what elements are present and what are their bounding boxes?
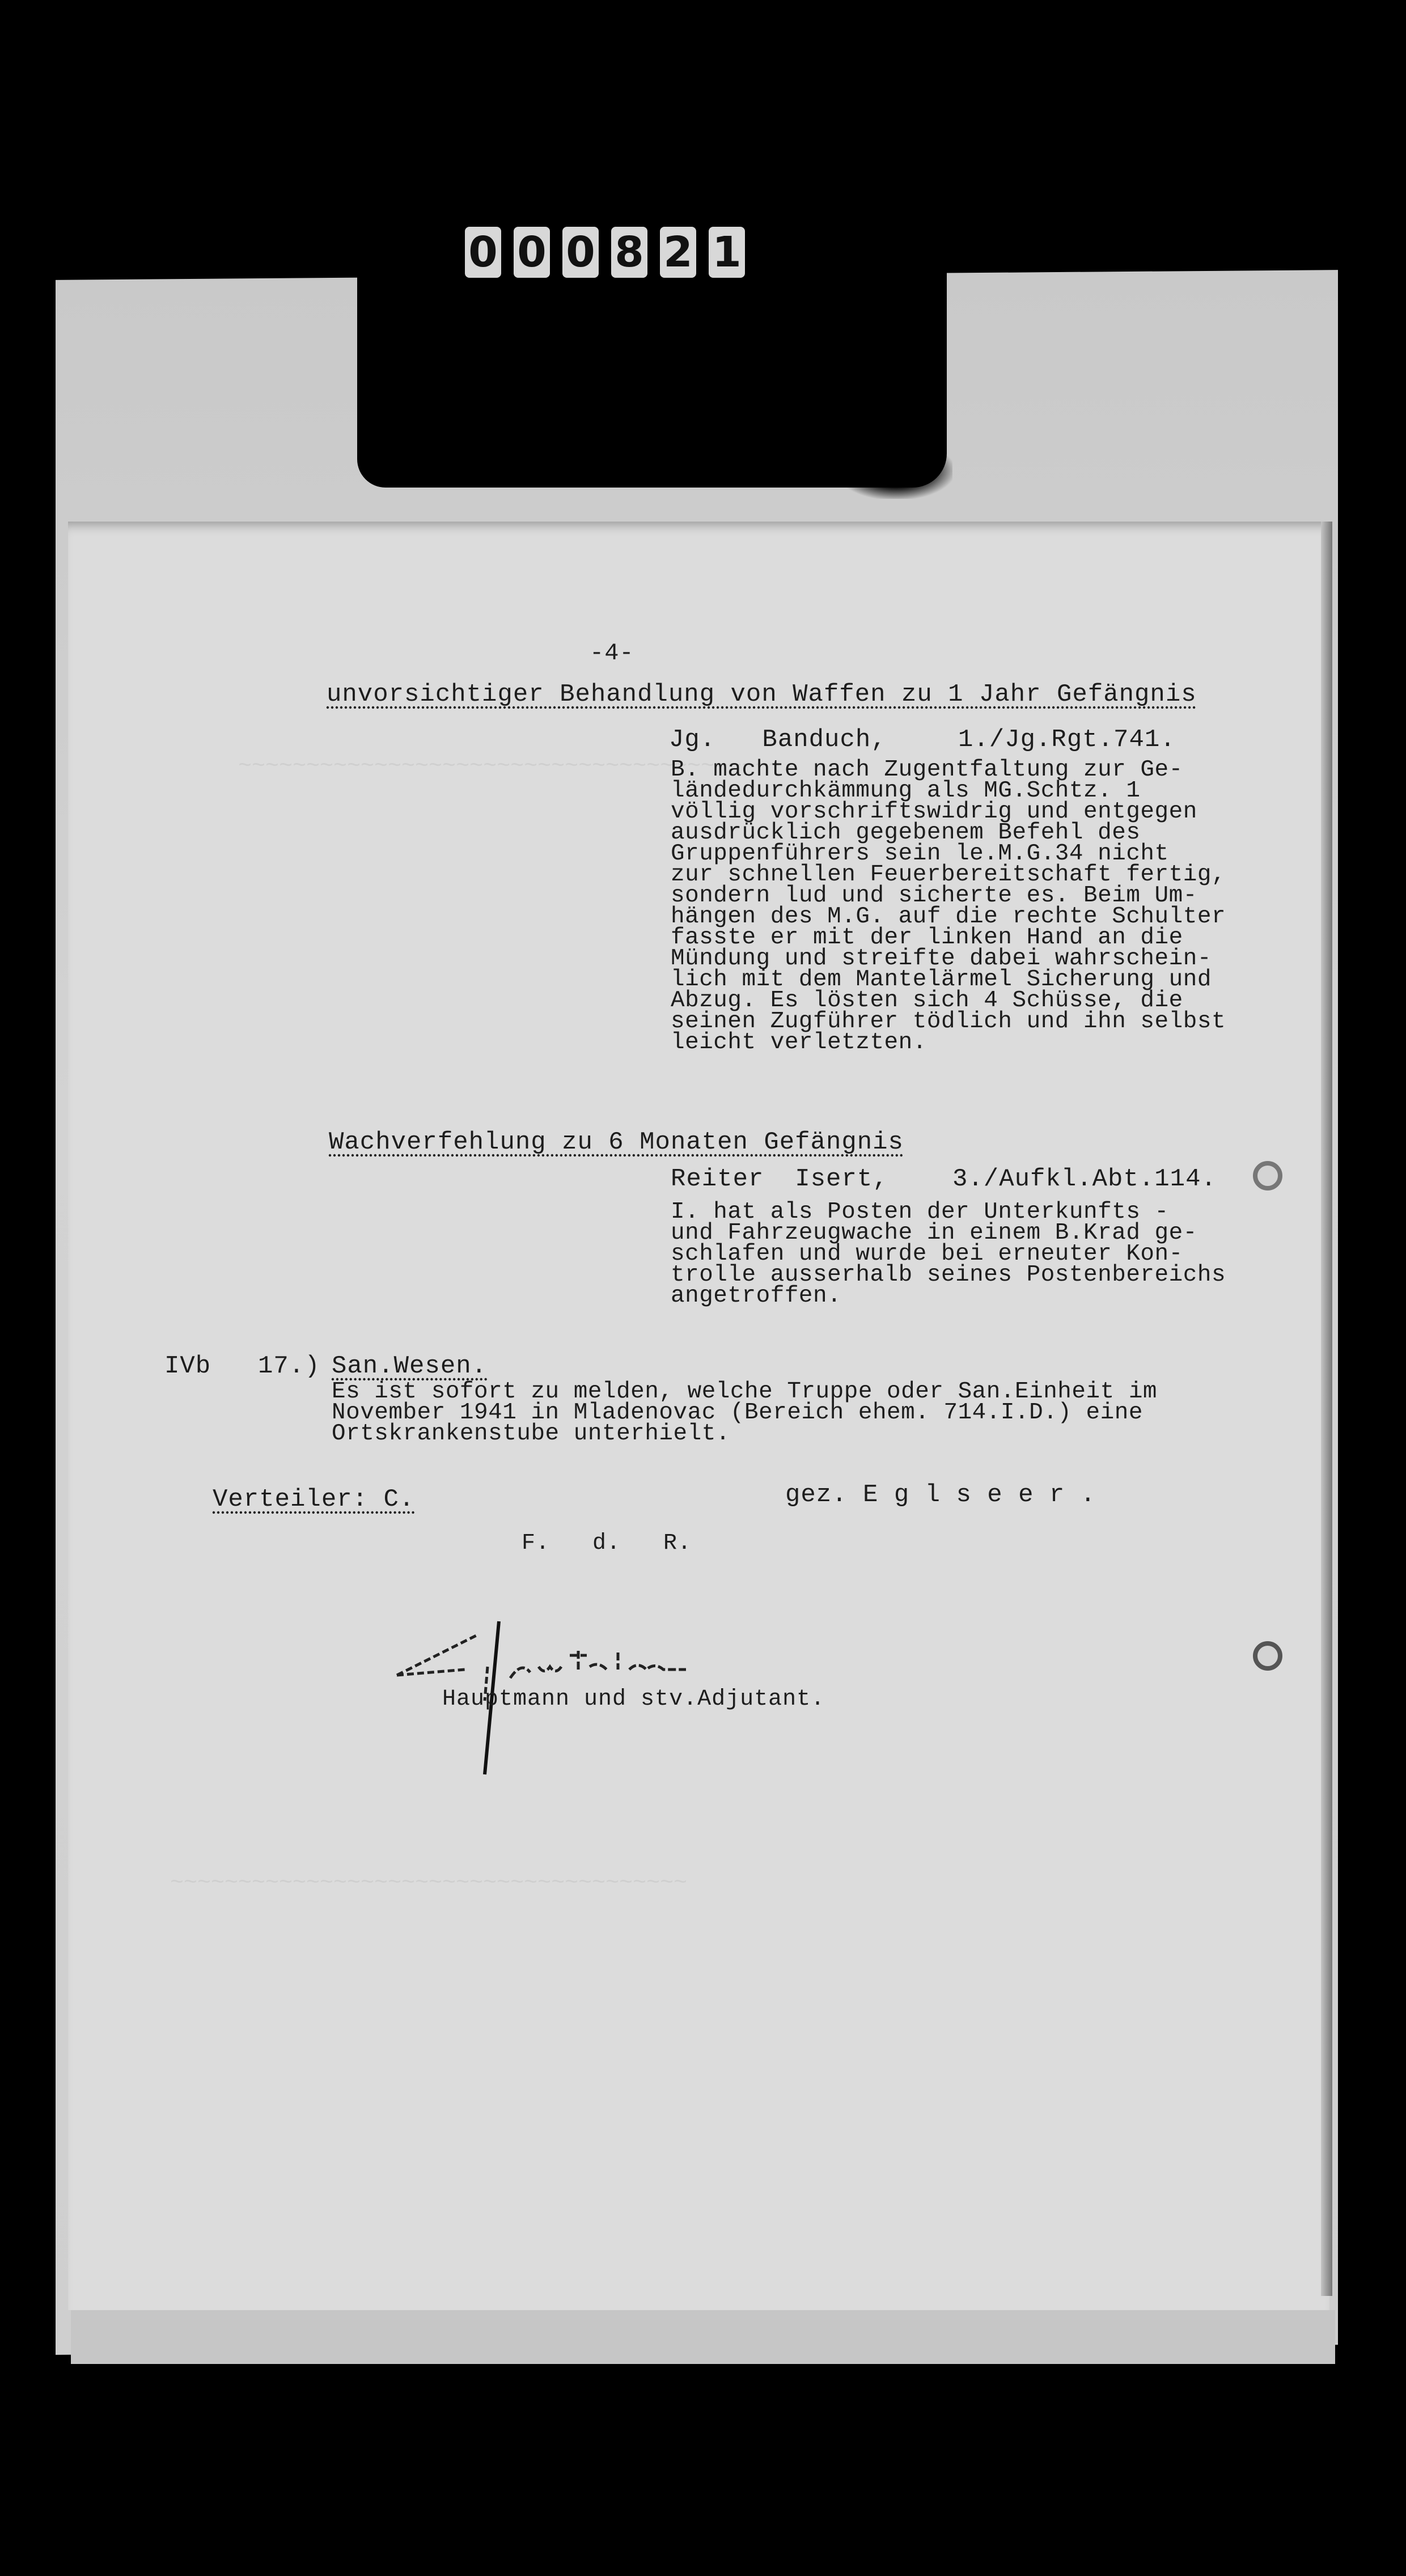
page-number: -4- xyxy=(590,639,634,667)
frame-counter: 0 0 0 8 2 1 xyxy=(465,227,745,278)
defendant-name: Reiter Isert, xyxy=(671,1165,888,1193)
case-description: I. hat als Posten der Unterkunfts - und … xyxy=(671,1202,1226,1307)
frame-digit: 0 xyxy=(514,227,550,278)
section-heading-guard: Wachverfehlung zu 6 Monaten Gefängnis xyxy=(329,1128,904,1156)
frame-digit: 8 xyxy=(611,227,647,278)
signatory-title: Hauptmann und stv.Adjutant. xyxy=(442,1687,825,1712)
item-number: 17.) xyxy=(258,1352,320,1380)
distribution-list: Verteiler: C. xyxy=(213,1485,414,1514)
punch-hole xyxy=(1253,1641,1282,1671)
defendant-unit: 1./Jg.Rgt.741. xyxy=(958,726,1176,754)
case-description: B. machte nach Zugentfaltung zur Ge- län… xyxy=(671,760,1226,1053)
department-code: IVb xyxy=(164,1352,211,1380)
text-line: leicht verletzten. xyxy=(671,1032,1226,1053)
frame-digit: 1 xyxy=(709,227,745,278)
medical-request-text: Es ist sofort zu melden, welche Truppe o… xyxy=(332,1382,1157,1444)
section-heading-medical: San.Wesen. xyxy=(332,1352,487,1380)
text-line: angetroffen. xyxy=(671,1286,1226,1307)
frame-digit: 0 xyxy=(465,227,501,278)
signed-by: gez. E g l s e e r . xyxy=(785,1481,1096,1509)
clip-shadow xyxy=(839,442,952,499)
frame-digit: 2 xyxy=(660,227,696,278)
page-edge-shadow xyxy=(1321,522,1332,2296)
text-line: Ortskrankenstube unterhielt. xyxy=(332,1423,1157,1444)
section-heading-weapons: unvorsichtiger Behandlung von Waffen zu … xyxy=(327,680,1197,709)
punch-hole xyxy=(1253,1161,1282,1190)
defendant-unit: 3./Aufkl.Abt.114. xyxy=(952,1165,1217,1193)
certified-true-copy: F. d. R. xyxy=(522,1531,692,1556)
frame-digit: 0 xyxy=(562,227,599,278)
defendant-name: Jg. Banduch, xyxy=(669,726,887,754)
underlying-sheet-edge xyxy=(71,2310,1335,2364)
bleed-through-text: ~~~~~~~~~~~~~~~~~~~~~~~~~~~~~~~~~~~~~~ xyxy=(170,1871,687,1896)
